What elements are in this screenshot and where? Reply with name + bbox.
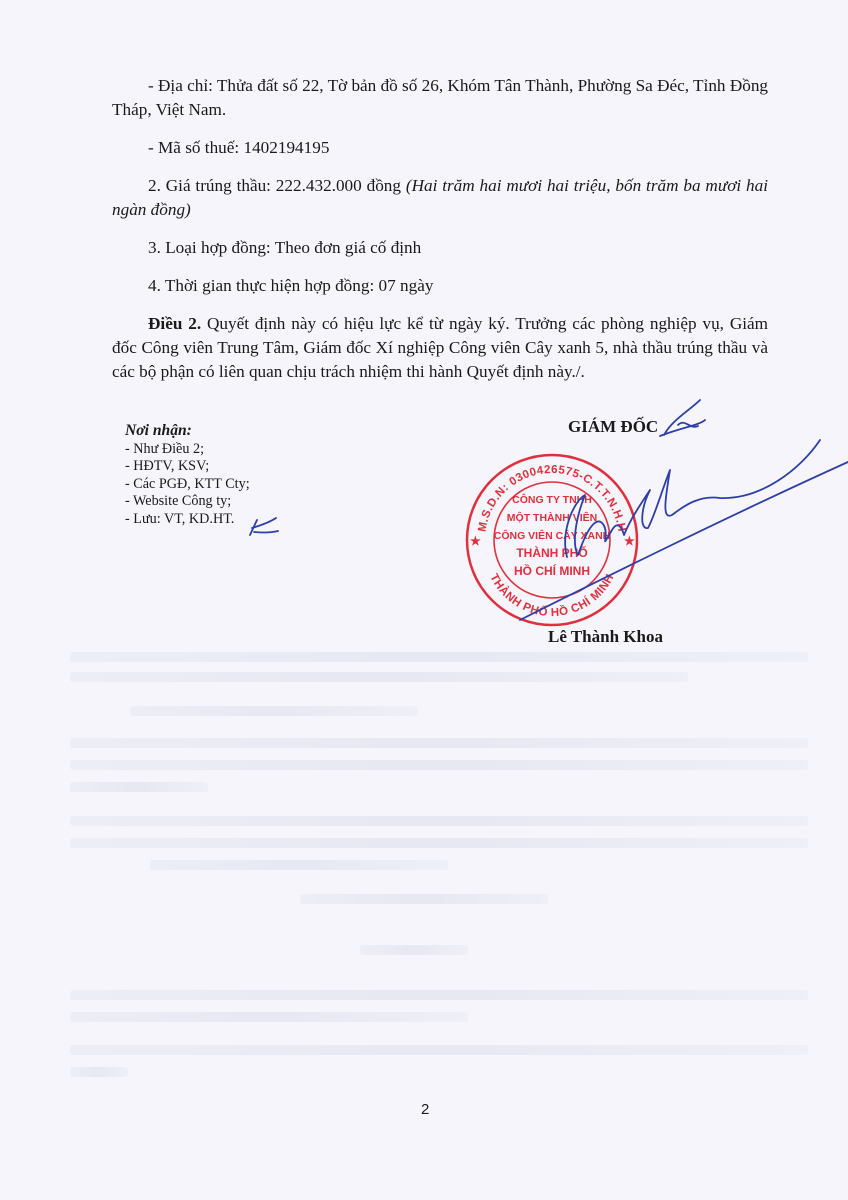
decision-body: - Địa chỉ: Thửa đất số 22, Tờ bản đồ số … <box>112 74 768 384</box>
svg-text:HỒ CHÍ MINH: HỒ CHÍ MINH <box>514 563 590 578</box>
article-2: Điều 2. Quyết định này có hiệu lực kể từ… <box>112 312 768 384</box>
svg-text:M.S.D.N: 0300426575-C.T.T.N.H.: M.S.D.N: 0300426575-C.T.T.N.H.H <box>476 464 627 533</box>
svg-text:CÔNG VIÊN CÂY XANH: CÔNG VIÊN CÂY XANH <box>494 529 611 542</box>
winning-price: 2. Giá trúng thầu: 222.432.000 đồng (Hai… <box>112 174 768 222</box>
recipients-title: Nơi nhận: <box>125 422 250 440</box>
svg-text:★: ★ <box>470 534 481 548</box>
article-2-text: Quyết định này có hiệu lực kể từ ngày ký… <box>112 314 768 381</box>
recipient-item: - Website Công ty; <box>125 493 250 511</box>
svg-text:THÀNH PHỐ: THÀNH PHỐ <box>516 545 587 560</box>
recipients-block: Nơi nhận: - Như Điều 2; - HĐTV, KSV; - C… <box>125 422 250 528</box>
svg-text:CÔNG TY TNHH: CÔNG TY TNHH <box>512 493 592 506</box>
contractor-address: - Địa chỉ: Thửa đất số 22, Tờ bản đồ số … <box>112 74 768 122</box>
recipient-item: - HĐTV, KSV; <box>125 458 250 476</box>
document-page: - Địa chỉ: Thửa đất số 22, Tờ bản đồ số … <box>0 0 848 1200</box>
recipient-item: - Như Điều 2; <box>125 441 250 459</box>
svg-text:MỘT THÀNH VIÊN: MỘT THÀNH VIÊN <box>507 511 597 524</box>
svg-text:THÀNH PHỐ HỒ CHÍ MINH: THÀNH PHỐ HỒ CHÍ MINH <box>487 572 616 619</box>
winning-price-label: 2. Giá trúng thầu: 222.432.000 đồng <box>148 176 406 195</box>
contract-type: 3. Loại hợp đồng: Theo đơn giá cố định <box>112 236 768 260</box>
page-number: 2 <box>421 1101 429 1118</box>
article-2-label: Điều 2. <box>148 314 201 333</box>
signer-position: GIÁM ĐỐC <box>568 417 658 437</box>
recipient-item: - Lưu: VT, KD.HT. <box>125 511 250 529</box>
svg-text:★: ★ <box>624 534 635 548</box>
tax-code: - Mã số thuế: 1402194195 <box>112 136 768 160</box>
signer-name: Lê Thành Khoa <box>548 627 663 647</box>
contract-duration: 4. Thời gian thực hiện hợp đồng: 07 ngày <box>112 274 768 298</box>
recipient-item: - Các PGĐ, KTT Cty; <box>125 476 250 494</box>
